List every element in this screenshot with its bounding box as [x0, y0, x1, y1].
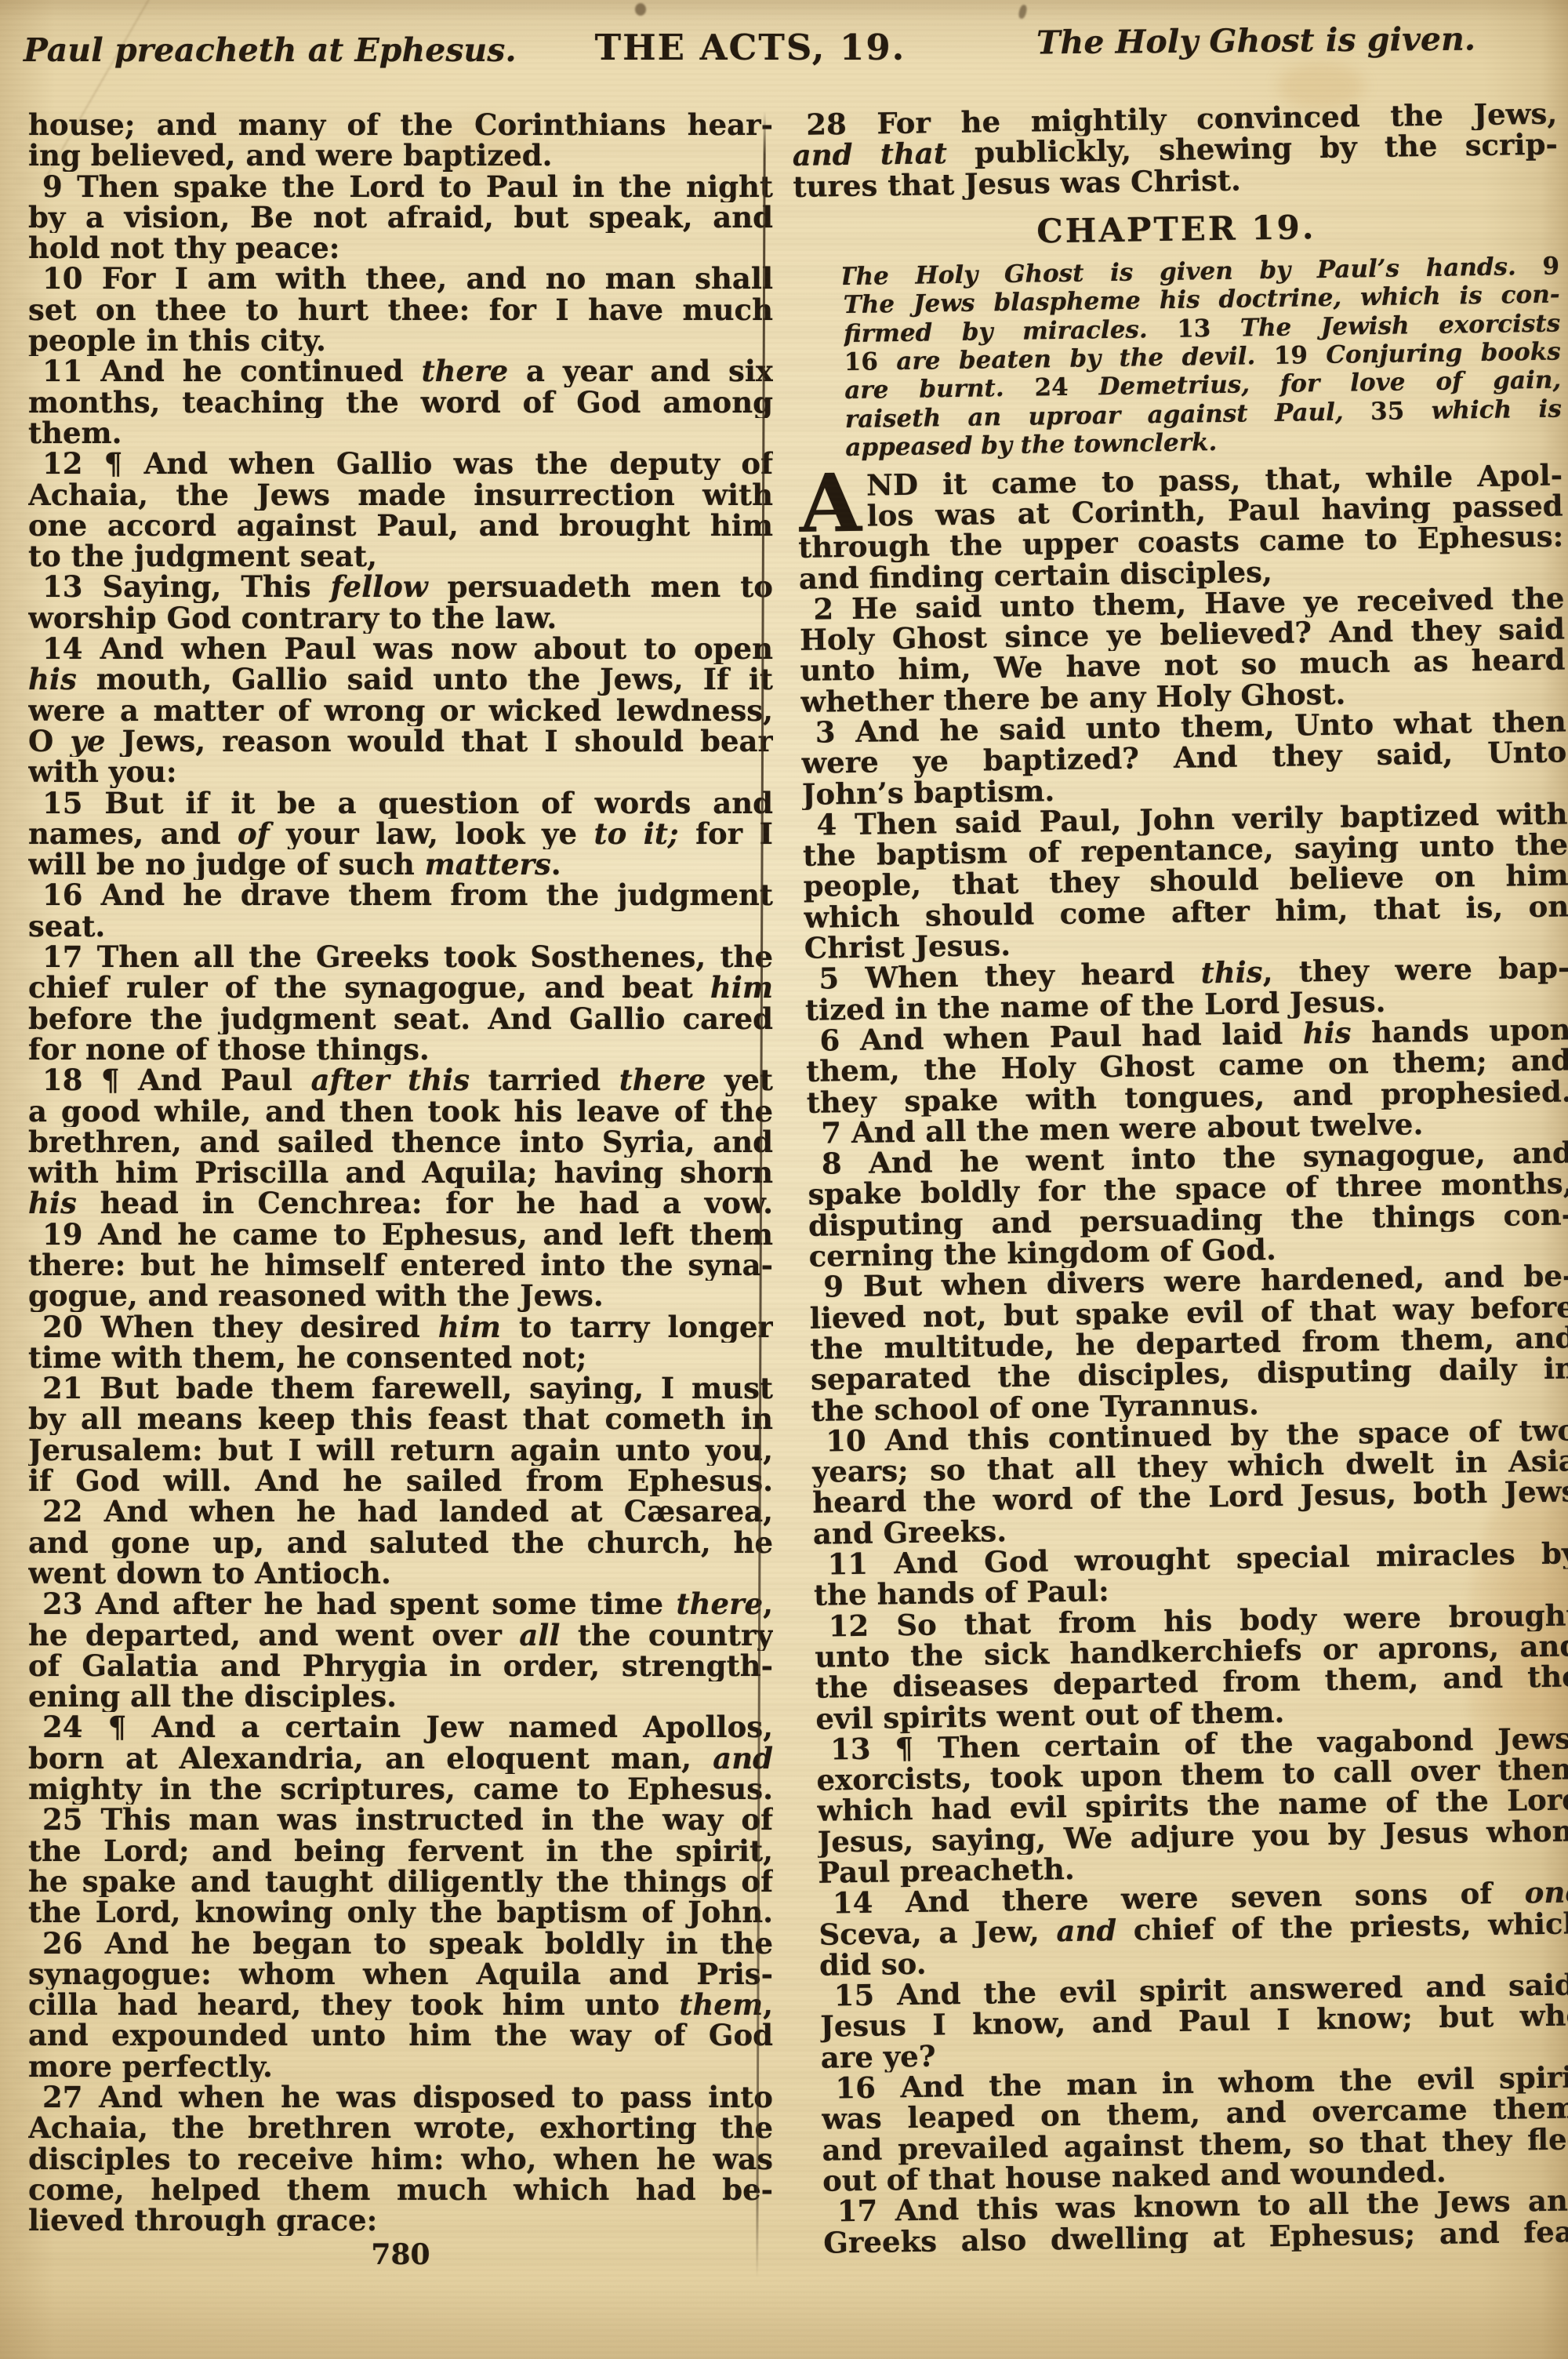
verse-line: disciples to receive him: who, when he w… — [28, 2144, 773, 2175]
verse-line: 16 And he drave them from the judgment — [28, 880, 773, 911]
stain — [1018, 4, 1028, 20]
verse-line: 13 Saying, This fellow persuadeth men to — [28, 572, 773, 602]
verse-line: 14 And when Paul was now about to open — [28, 634, 773, 664]
verse-line: 9 Then spake the Lord to Paul in the nig… — [28, 172, 773, 202]
verse-line: there: but he himself entered into the s… — [28, 1250, 773, 1281]
verse-line: went down to Antioch. — [28, 1558, 773, 1589]
verse-line: were a matter of wrong or wicked lewdnes… — [28, 696, 773, 726]
verse-line: one accord against Paul, and brought him — [28, 511, 773, 541]
verse-line: more perfectly. — [28, 2052, 773, 2082]
verse-line: 19 And he came to Ephesus, and left them — [28, 1219, 773, 1250]
verse-line: 11 And he continued there a year and six — [28, 356, 773, 387]
verse-line: lieved through grace: — [28, 2205, 773, 2236]
verse-line: worship God contrary to the law. — [28, 603, 773, 634]
book-page-scan: Paul preacheth at Ephesus. THE ACTS, 19.… — [0, 0, 1568, 2359]
verse-line: seat. — [28, 911, 773, 942]
verse-line: born at Alexandria, an eloquent man, and — [28, 1743, 773, 1774]
drop-cap-letter: A — [799, 473, 862, 533]
verse-line: set on thee to hurt thee: for I have muc… — [28, 295, 773, 325]
left-text-column: house; and many of the Corinthians hear-… — [28, 110, 773, 2236]
verse-line: cilla had heard, they took him unto them… — [28, 1990, 773, 2020]
verse-line: he spake and taught diligently the thing… — [28, 1866, 773, 1897]
verse-line: brethren, and sailed thence into Syria, … — [28, 1127, 773, 1158]
verse-line: house; and many of the Corinthians hear- — [28, 110, 773, 140]
verse-line: will be no judge of such matters. — [28, 849, 773, 880]
verse-line: Achaia, the brethren wrote, exhorting th… — [28, 2113, 773, 2143]
verse-line: synagogue: whom when Aquila and Pris- — [28, 1959, 773, 1990]
chapter-summary: 6 The Holy Ghost is given by Paul’s hand… — [794, 252, 1563, 463]
verse-line: to the judgment seat, — [28, 541, 773, 572]
stain — [635, 3, 646, 16]
verse-line: ing believed, and were baptized. — [28, 140, 773, 171]
verse-line: 15 But if it be a question of words and — [28, 788, 773, 819]
verse-line: them. — [28, 418, 773, 449]
verse-line: with him Priscilla and Aquila; having sh… — [28, 1158, 773, 1188]
verse-line: the Lord, knowing only the baptism of Jo… — [28, 1897, 773, 1928]
verse-line: time with them, he consented not; — [28, 1343, 773, 1373]
verse-line: and gone up, and saluted the church, he — [28, 1528, 773, 1558]
verse-line: 18 ¶ And Paul after this tarried there y… — [28, 1065, 773, 1096]
verse-line: ening all the disciples. — [28, 1681, 773, 1712]
verse-line: his mouth, Gallio said unto the Jews, If… — [28, 664, 773, 695]
chapter-heading: CHAPTER 19. — [793, 203, 1559, 255]
verse-line: a good while, and then took his leave of… — [28, 1096, 773, 1127]
verse-line: for none of those things. — [28, 1034, 773, 1065]
running-head-title: THE ACTS, 19. — [437, 27, 1064, 68]
verse-line: his head in Cenchrea: for he had a vow. — [28, 1188, 773, 1219]
verse-line: with you: — [28, 757, 773, 787]
verse-line: the Lord; and being fervent in the spiri… — [28, 1836, 773, 1866]
verse-line: 17 Then all the Greeks took Sosthenes, t… — [28, 942, 773, 972]
verse-line: 24 ¶ And a certain Jew named Apollos, — [28, 1712, 773, 1743]
verse-line: and expounded unto him the way of God — [28, 2020, 773, 2051]
drop-cap-paragraph: AND it came to pass, that, while Apol-lo… — [797, 460, 1564, 594]
verse-line: months, teaching the word of God among — [28, 387, 773, 418]
verse-line: 22 And when he had landed at Cæsarea, — [28, 1496, 773, 1527]
verse-line: 12 ¶ And when Gallio was the deputy of — [28, 449, 773, 479]
verse-line: mighty in the scriptures, came to Ephesu… — [28, 1774, 773, 1805]
running-head-right: The Holy Ghost is given. — [1036, 20, 1475, 62]
verse-line: by all means keep this feast that cometh… — [28, 1404, 773, 1434]
verse-line: come, helped them much which had be- — [28, 2175, 773, 2205]
verse-line: by a vision, Be not afraid, but speak, a… — [28, 202, 773, 233]
verse-line: 10 For I am with thee, and no man shall — [28, 264, 773, 294]
verse-line: 25 This man was instructed in the way of — [28, 1805, 773, 1835]
verse-line: 21 But bade them farewell, saying, I mus… — [28, 1373, 773, 1404]
verse-line: he departed, and went over all the count… — [28, 1620, 773, 1651]
right-text-column: 28 For he mightily convinced the Jews,an… — [792, 99, 1568, 2259]
verse-line: Jerusalem: but I will return again unto … — [28, 1435, 773, 1466]
verse-line: if God will. And he sailed from Ephesus. — [28, 1466, 773, 1496]
verse-line: people in this city. — [28, 325, 773, 356]
verse-line: before the judgment seat. And Gallio car… — [28, 1004, 773, 1034]
verse-line: of Galatia and Phrygia in order, strengt… — [28, 1651, 773, 1681]
verse-line: hold not thy peace: — [28, 233, 773, 264]
verse-line: 20 When they desired him to tarry longer — [28, 1312, 773, 1343]
verse-line: O ye Jews, reason would that I should be… — [28, 726, 773, 757]
verse-line: 26 And he began to speak boldly in the — [28, 1928, 773, 1959]
verse-line: Achaia, the Jews made insurrection with — [28, 480, 773, 511]
verse-line: chief ruler of the synagogue, and beat h… — [28, 972, 773, 1003]
page-number: 780 — [28, 2238, 773, 2271]
verse-line: 27 And when he was disposed to pass into — [28, 2082, 773, 2113]
verse-line: gogue, and reasoned with the Jews. — [28, 1281, 773, 1311]
verse-line: 23 And after he had spent some time ther… — [28, 1589, 773, 1619]
verse-line: names, and of your law, look ye to it; f… — [28, 819, 773, 849]
